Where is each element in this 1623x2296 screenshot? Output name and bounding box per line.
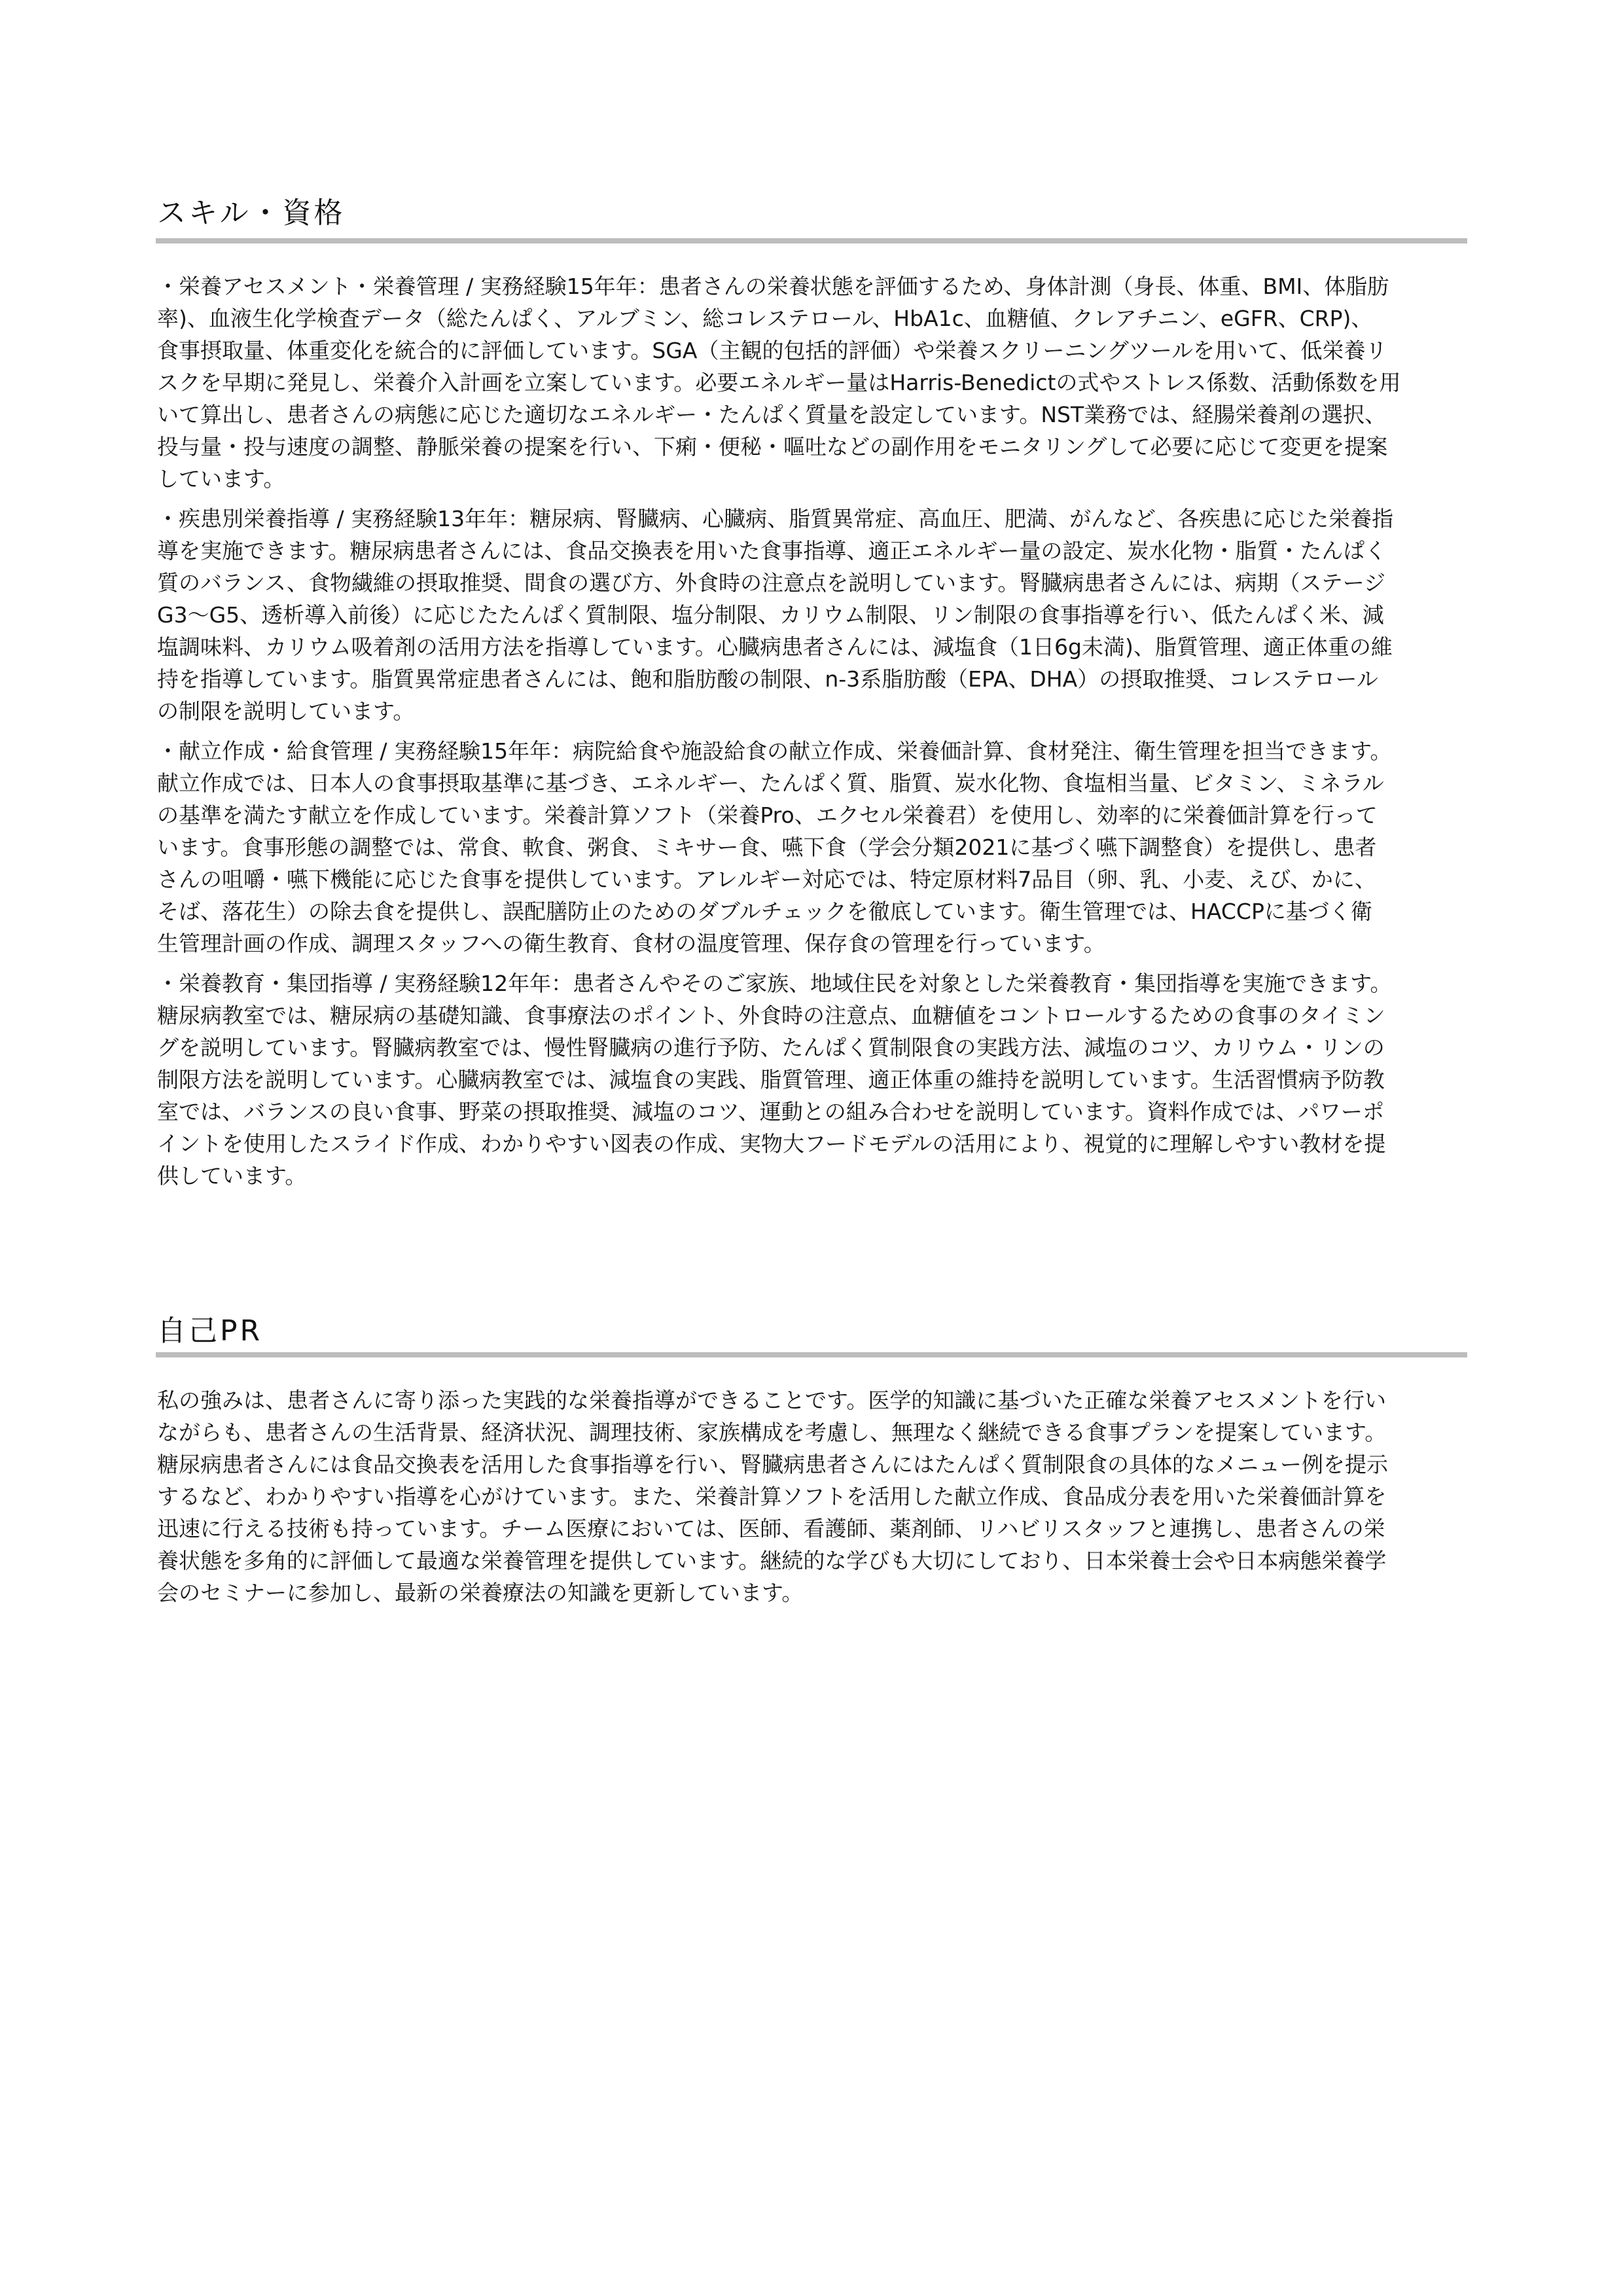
text-line: います。食事形態の調整では、常食、軟食、粥食、ミキサー食、嚥下食（学会分類202… [157,831,1469,863]
text-line: 室では、バランスの良い食事、野菜の摂取推奨、減塩のコツ、運動との組み合わせを説明… [157,1096,1469,1128]
self-pr-body: 私の強みは、患者さんに寄り添った実践的な栄養指導ができることです。医学的知識に基… [157,1384,1469,1609]
text-line: 生管理計画の作成、調理スタッフへの衛生教育、食材の温度管理、保存食の管理を行って… [157,927,1469,960]
text-line: 養状態を多角的に評価して最適な栄養管理を提供しています。継続的な学びも大切にして… [157,1545,1469,1577]
section-divider [156,238,1467,243]
text-line: 献立作成では、日本人の食事摂取基準に基づき、エネルギー、たんぱく質、脂質、炭水化… [157,767,1469,799]
text-line: 迅速に行える技術も持っています。チーム医療においては、医師、看護師、薬剤師、リハ… [157,1513,1469,1545]
text-line: 制限方法を説明しています。心臓病教室では、減塩食の実践、脂質管理、適正体重の維持… [157,1064,1469,1096]
text-line: の基準を満たす献立を作成しています。栄養計算ソフト（栄養Pro、エクセル栄養君）… [157,799,1469,831]
text-line: の制限を説明しています。 [157,695,1469,727]
text-line: そば、落花生）の除去食を提供し、誤配膳防止のためのダブルチェックを徹底しています… [157,895,1469,927]
text-line: するなど、わかりやすい指導を心がけています。また、栄養計算ソフトを活用した献立作… [157,1480,1469,1513]
skills-list: ・栄養アセスメント・栄養管理 / 実務経験15年年：患者さんの栄養状態を評価する… [157,270,1469,1200]
skill-item-disease-guidance: ・疾患別栄養指導 / 実務経験13年年：糖尿病、腎臓病、心臓病、脂質異常症、高血… [157,503,1469,727]
text-line: 糖尿病患者さんには食品交換表を活用した食事指導を行い、腎臓病患者さんにはたんぱく… [157,1448,1469,1480]
section-heading-self-pr: 自己PR [157,1312,1469,1351]
text-line: ・献立作成・給食管理 / 実務経験15年年：病院給食や施設給食の献立作成、栄養価… [157,735,1469,767]
text-line: 塩調味料、カリウム吸着剤の活用方法を指導しています。心臓病患者さんには、減塩食（… [157,631,1469,663]
text-line: 質のバランス、食物繊維の摂取推奨、間食の選び方、外食時の注意点を説明しています。… [157,567,1469,599]
text-line: ながらも、患者さんの生活背景、経済状況、調理技術、家族構成を考慮し、無理なく継続… [157,1416,1469,1448]
text-line: 私の強みは、患者さんに寄り添った実践的な栄養指導ができることです。医学的知識に基… [157,1384,1469,1416]
text-line: しています。 [157,463,1469,495]
skill-item-nutrition-assessment: ・栄養アセスメント・栄養管理 / 実務経験15年年：患者さんの栄養状態を評価する… [157,270,1469,495]
text-line: 糖尿病教室では、糖尿病の基礎知識、食事療法のポイント、外食時の注意点、血糖値をコ… [157,999,1469,1031]
text-line: 会のセミナーに参加し、最新の栄養療法の知識を更新しています。 [157,1577,1469,1609]
text-line: 導を実施できます。糖尿病患者さんには、食品交換表を用いた食事指導、適正エネルギー… [157,535,1469,567]
text-line: いて算出し、患者さんの病態に応じた適切なエネルギー・たんぱく質量を設定しています… [157,399,1469,431]
text-line: ・栄養アセスメント・栄養管理 / 実務経験15年年：患者さんの栄養状態を評価する… [157,270,1469,302]
text-line: さんの咀嚼・嚥下機能に応じた食事を提供しています。アレルギー対応では、特定原材料… [157,863,1469,895]
section-heading-skills: スキル・資格 [157,194,1469,233]
text-line: グを説明しています。腎臓病教室では、慢性腎臓病の進行予防、たんぱく質制限食の実践… [157,1031,1469,1064]
text-line: G3〜G5、透析導入前後）に応じたたんぱく質制限、塩分制限、カリウム制限、リン制… [157,599,1469,631]
text-line: 食事摂取量、体重変化を統合的に評価しています。SGA（主観的包括的評価）や栄養ス… [157,334,1469,367]
text-line: ・栄養教育・集団指導 / 実務経験12年年：患者さんやそのご家族、地域住民を対象… [157,967,1469,999]
section-divider [156,1352,1467,1357]
text-line: イントを使用したスライド作成、わかりやすい図表の作成、実物大フードモデルの活用に… [157,1128,1469,1160]
text-line: 持を指導しています。脂質異常症患者さんには、飽和脂肪酸の制限、n-3系脂肪酸（E… [157,663,1469,695]
text-line: 投与量・投与速度の調整、静脈栄養の提案を行い、下痢・便秘・嘔吐などの副作用をモニ… [157,431,1469,463]
text-line: スクを早期に発見し、栄養介入計画を立案しています。必要エネルギー量はHarris… [157,367,1469,399]
text-line: 供しています。 [157,1160,1469,1192]
text-line: ・疾患別栄養指導 / 実務経験13年年：糖尿病、腎臓病、心臓病、脂質異常症、高血… [157,503,1469,535]
skill-item-menu-planning: ・献立作成・給食管理 / 実務経験15年年：病院給食や施設給食の献立作成、栄養価… [157,735,1469,960]
text-line: 率)、血液生化学検査データ（総たんぱく、アルブミン、総コレステロール、HbA1c… [157,302,1469,334]
skill-item-nutrition-education: ・栄養教育・集団指導 / 実務経験12年年：患者さんやそのご家族、地域住民を対象… [157,967,1469,1192]
